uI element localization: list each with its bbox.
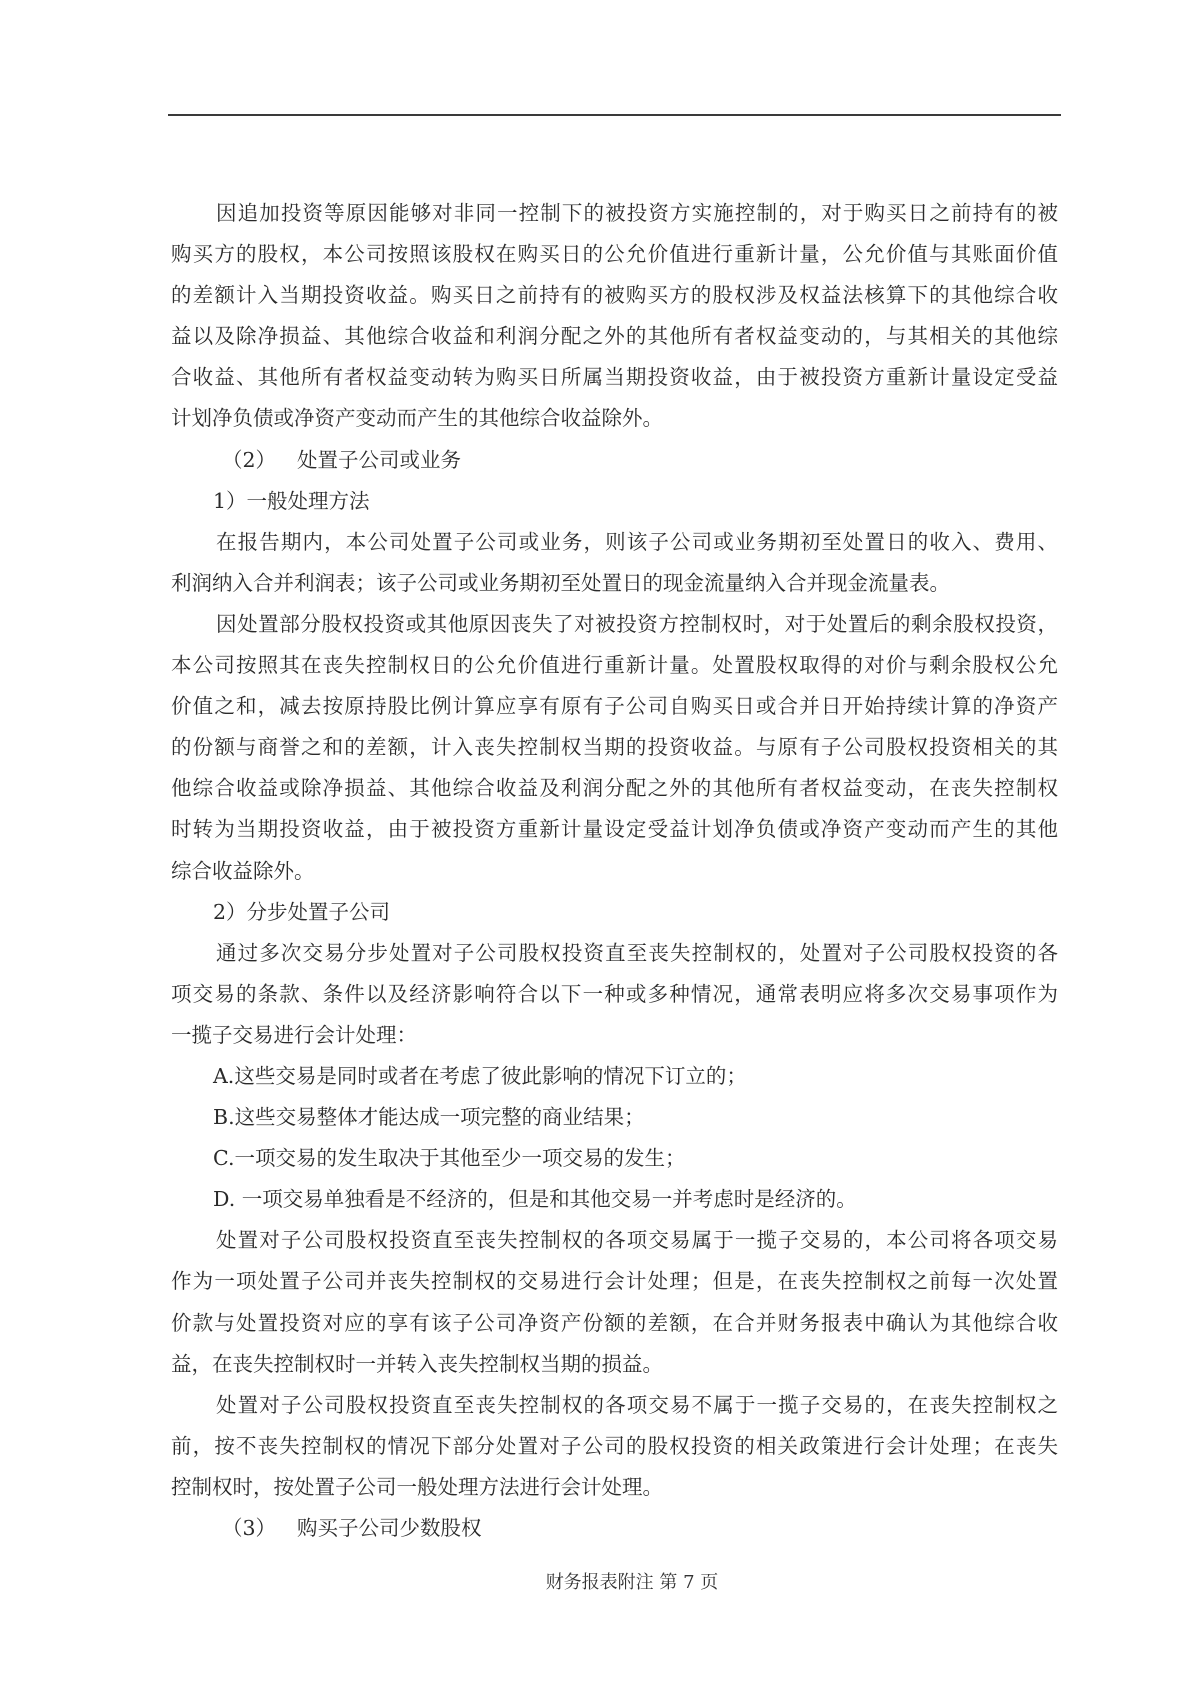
subheading-line: C.一项交易的发生取决于其他至少一项交易的发生； [171,1138,1058,1179]
paragraph-line: 综合收益除外。 [171,851,1058,892]
paragraph-line: 处置对子公司股权投资直至丧失控制权的各项交易不属于一揽子交易的，在丧失控制权之 [171,1385,1058,1426]
page-footer: 财务报表附注 第 7 页 [0,1568,1200,1594]
paragraph-line: 合收益、其他所有者权益变动转为购买日所属当期投资收益，由于被投资方重新计量设定受… [171,357,1058,398]
document-body: 因追加投资等原因能够对非同一控制下的被投资方实施控制的，对于购买日之前持有的被购… [171,193,1058,1549]
subheading-line: 2）分步处置子公司 [171,892,1058,933]
section-heading: （3）购买子公司少数股权 [171,1508,1058,1549]
paragraph-line: 利润纳入合并利润表；该子公司或业务期初至处置日的现金流量纳入合并现金流量表。 [171,563,1058,604]
paragraph-line: 前，按不丧失控制权的情况下部分处置对子公司的股权投资的相关政策进行会计处理；在丧… [171,1426,1058,1467]
paragraph-line: 的份额与商誉之和的差额，计入丧失控制权当期的投资收益。与原有子公司股权投资相关的… [171,727,1058,768]
paragraph-line: 因处置部分股权投资或其他原因丧失了对被投资方控制权时，对于处置后的剩余股权投资， [171,604,1058,645]
header-rule [168,114,1061,116]
paragraph-line: 本公司按照其在丧失控制权日的公允价值进行重新计量。处置股权取得的对价与剩余股权公… [171,645,1058,686]
paragraph-line: 控制权时，按处置子公司一般处理方法进行会计处理。 [171,1467,1058,1508]
section-number: （2） [171,440,297,481]
section-title: 购买子公司少数股权 [297,1516,482,1540]
paragraph-line: 计划净负债或净资产变动而产生的其他综合收益除外。 [171,398,1058,439]
subheading-line: B.这些交易整体才能达成一项完整的商业结果； [171,1097,1058,1138]
paragraph-line: 因追加投资等原因能够对非同一控制下的被投资方实施控制的，对于购买日之前持有的被 [171,193,1058,234]
paragraph-line: 通过多次交易分步处置对子公司股权投资直至丧失控制权的，处置对子公司股权投资的各 [171,933,1058,974]
paragraph-line: 价值之和，减去按原持股比例计算应享有原有子公司自购买日或合并日开始持续计算的净资… [171,686,1058,727]
subheading-line: 1）一般处理方法 [171,481,1058,522]
paragraph-line: 价款与处置投资对应的享有该子公司净资产份额的差额，在合并财务报表中确认为其他综合… [171,1303,1058,1344]
paragraph-line: 时转为当期投资收益，由于被投资方重新计量设定受益计划净负债或净资产变动而产生的其… [171,809,1058,850]
paragraph-line: 购买方的股权，本公司按照该股权在购买日的公允价值进行重新计量，公允价值与其账面价… [171,234,1058,275]
paragraph-line: 作为一项处置子公司并丧失控制权的交易进行会计处理；但是，在丧失控制权之前每一次处… [171,1261,1058,1302]
section-title: 处置子公司或业务 [297,448,461,472]
paragraph-line: 的差额计入当期投资收益。购买日之前持有的被购买方的股权涉及权益法核算下的其他综合… [171,275,1058,316]
subheading-line: D. 一项交易单独看是不经济的，但是和其他交易一并考虑时是经济的。 [171,1179,1058,1220]
paragraph-line: 项交易的条款、条件以及经济影响符合以下一种或多种情况，通常表明应将多次交易事项作… [171,974,1058,1015]
section-heading: （2）处置子公司或业务 [171,440,1058,481]
paragraph-line: 一揽子交易进行会计处理： [171,1015,1058,1056]
paragraph-line: 处置对子公司股权投资直至丧失控制权的各项交易属于一揽子交易的，本公司将各项交易 [171,1220,1058,1261]
paragraph-line: 在报告期内，本公司处置子公司或业务，则该子公司或业务期初至处置日的收入、费用、 [171,522,1058,563]
paragraph-line: 益，在丧失控制权时一并转入丧失控制权当期的损益。 [171,1344,1058,1385]
paragraph-line: 益以及除净损益、其他综合收益和利润分配之外的其他所有者权益变动的，与其相关的其他… [171,316,1058,357]
section-number: （3） [171,1508,297,1549]
subheading-line: A.这些交易是同时或者在考虑了彼此影响的情况下订立的； [171,1056,1058,1097]
paragraph-line: 他综合收益或除净损益、其他综合收益及利润分配之外的其他所有者权益变动，在丧失控制… [171,768,1058,809]
